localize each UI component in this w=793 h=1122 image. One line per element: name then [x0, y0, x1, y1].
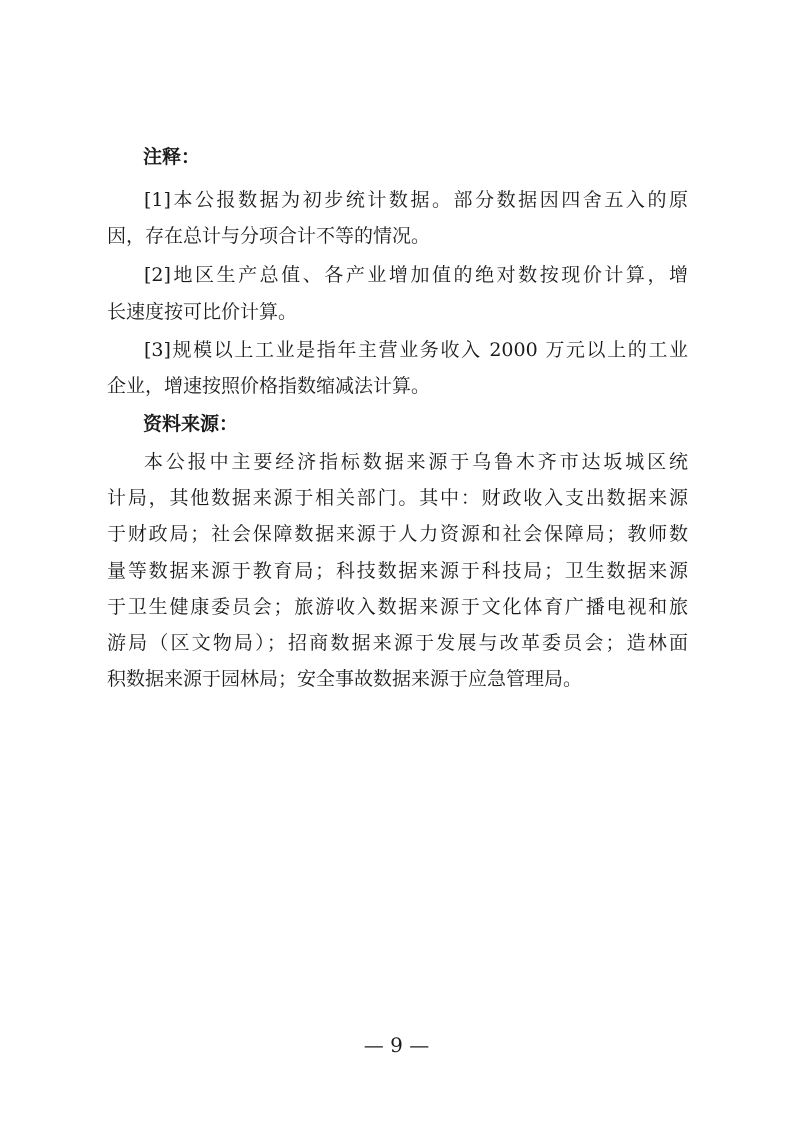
sources-line-6: 游局（区文物局）；招商数据来源于发展与改革委员会；造林面 — [107, 625, 688, 661]
sources-line-2: 计局，其他数据来源于相关部门。其中：财政收入支出数据来源 — [107, 480, 688, 516]
sources-line-5: 于卫生健康委员会；旅游收入数据来源于文化体育广播电视和旅 — [107, 589, 688, 625]
notes-heading: 注释： — [143, 139, 200, 175]
note-2-line-1: [2]地区生产总值、各产业增加值的绝对数按现价计算，增 — [144, 257, 688, 293]
sources-line-7: 积数据来源于园林局；安全事故数据来源于应急管理局。 — [107, 661, 688, 697]
page-number: — 9 — — [0, 1030, 793, 1060]
sources-heading: 资料来源： — [143, 406, 238, 442]
note-3-line-2: 企业，增速按照价格指数缩减法计算。 — [107, 368, 688, 404]
sources-line-3: 于财政局；社会保障数据来源于人力资源和社会保障局；教师数 — [107, 516, 688, 552]
note-3-line-1: [3]规模以上工业是指年主营业务收入 2000 万元以上的工业 — [144, 332, 688, 368]
note-1-line-2: 因，存在总计与分项合计不等的情况。 — [107, 218, 688, 254]
sources-line-4: 量等数据来源于教育局；科技数据来源于科技局；卫生数据来源 — [107, 553, 688, 589]
note-1-line-1: [1]本公报数据为初步统计数据。部分数据因四舍五入的原 — [144, 182, 688, 218]
note-2-line-2: 长速度按可比价计算。 — [107, 294, 688, 330]
document-page: 注释： [1]本公报数据为初步统计数据。部分数据因四舍五入的原 因，存在总计与分… — [0, 0, 793, 1122]
sources-line-1: 本公报中主要经济指标数据来源于乌鲁木齐市达坂城区统 — [144, 444, 688, 480]
